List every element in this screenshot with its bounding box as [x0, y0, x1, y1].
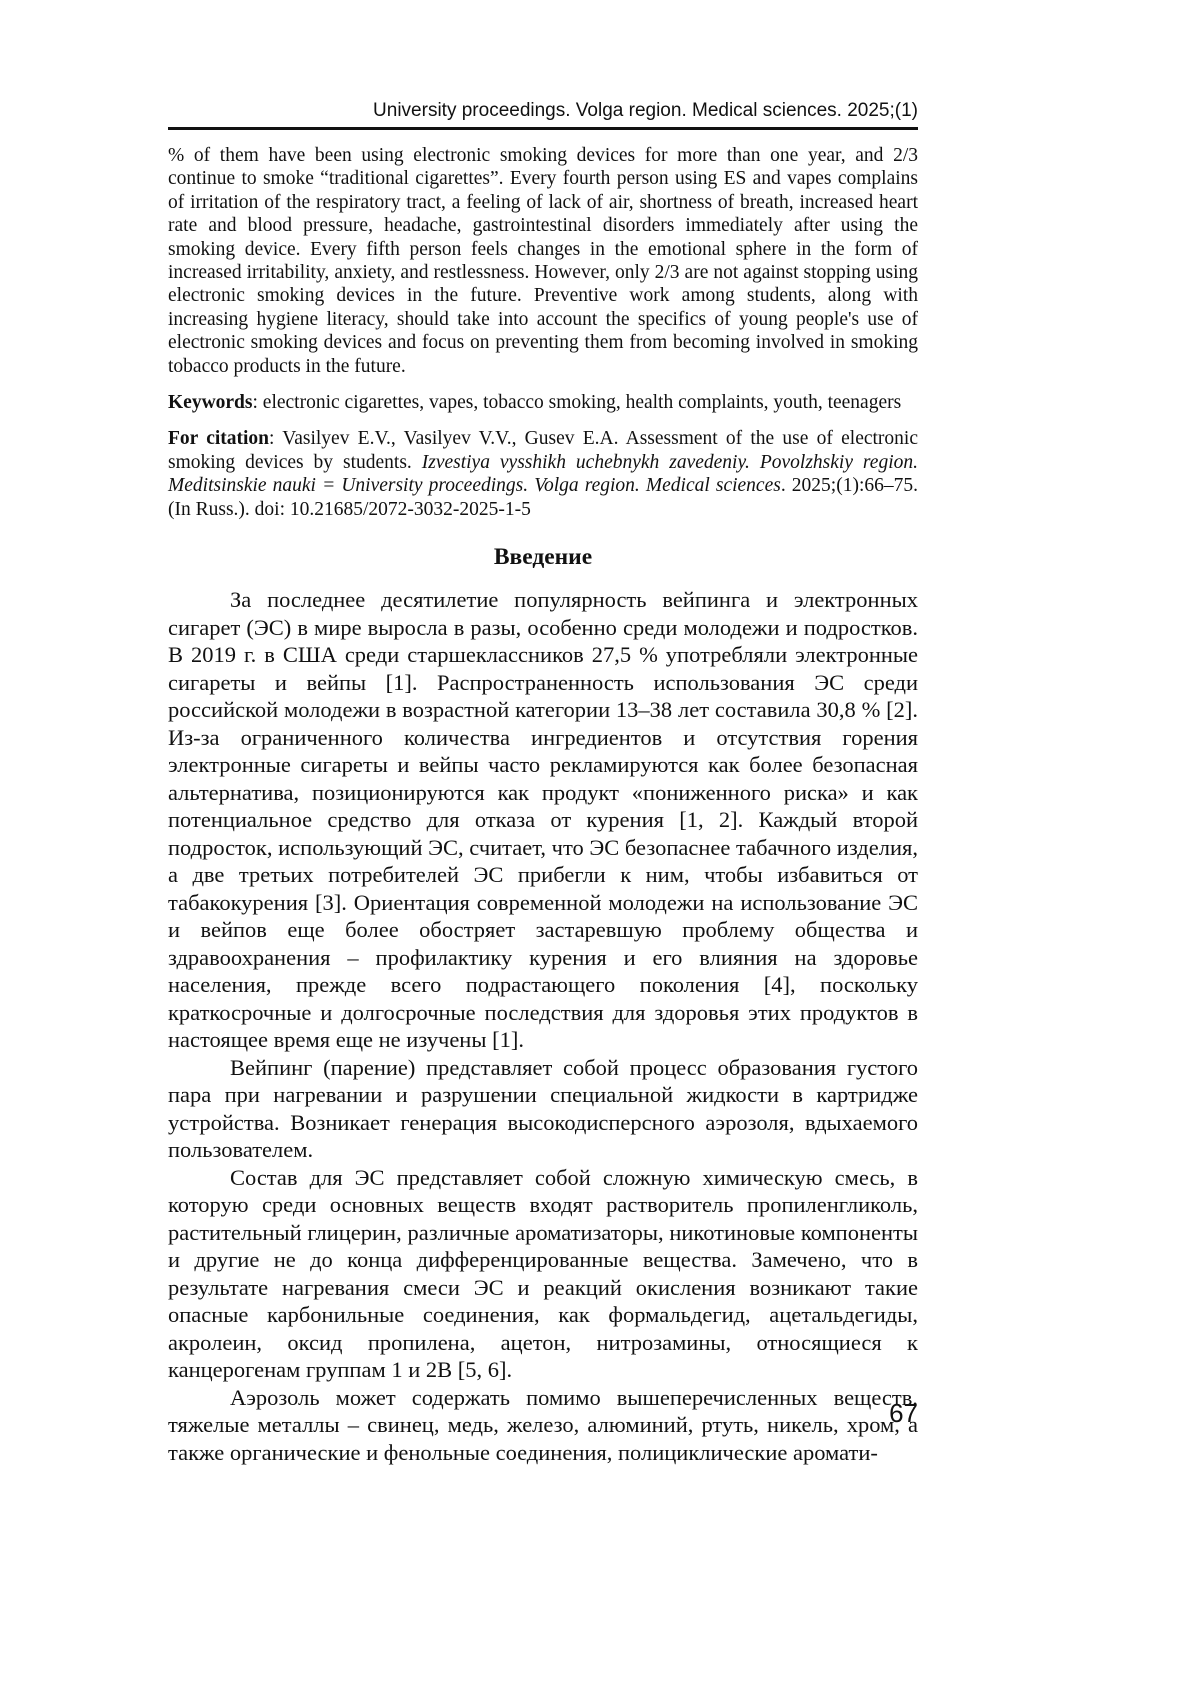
keywords-paragraph: Keywords: electronic cigarettes, vapes, … [168, 391, 918, 414]
abstract-continuation-paragraph: % of them have been using electronic smo… [168, 144, 918, 378]
introduction-paragraph: Состав для ЭС представляет собой сложную… [168, 1164, 918, 1384]
header-rule [168, 127, 918, 130]
introduction-paragraphs: За последнее десятилетие популярность ве… [168, 586, 918, 1466]
introduction-paragraph: Вейпинг (парение) представляет собой про… [168, 1054, 918, 1164]
for-citation-paragraph: For citation: Vasilyev E.V., Vasilyev V.… [168, 427, 918, 521]
introduction-paragraph: За последнее десятилетие популярность ве… [168, 586, 918, 1054]
journal-page: University proceedings. Volga region. Me… [0, 0, 1200, 1698]
page-number: 67 [168, 1398, 918, 1428]
introduction-heading: Введение [168, 543, 918, 571]
page-content: % of them have been using electronic smo… [168, 144, 918, 1466]
running-head: University proceedings. Volga region. Me… [168, 100, 918, 122]
